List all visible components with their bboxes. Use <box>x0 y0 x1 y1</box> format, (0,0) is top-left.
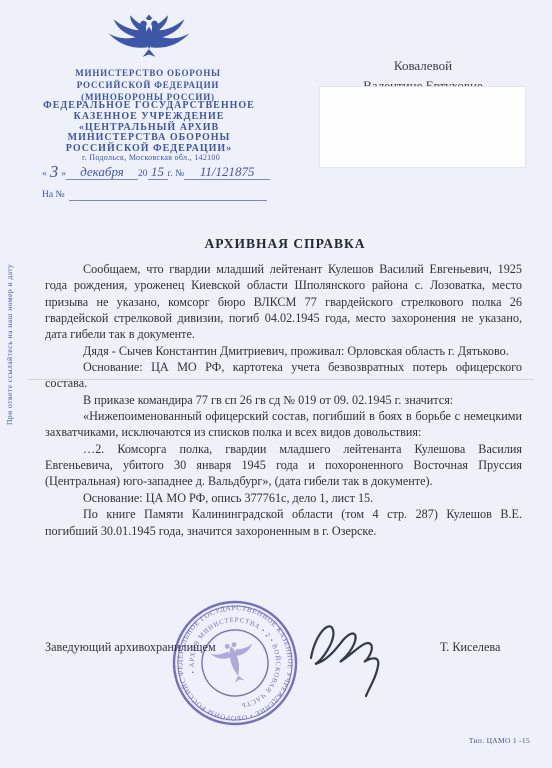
paragraph: …2. Комсорга полка, гвардии младшего лей… <box>45 441 522 490</box>
archival-certificate-scan: МИНИСТЕРСТВО ОБОРОНЫ РОССИЙСКОЙ ФЕДЕРАЦИ… <box>0 0 552 768</box>
form-code: Тип. ЦАМО 1 -15 <box>430 736 530 745</box>
handwritten-ref-number: 11/121875 <box>200 164 255 179</box>
document-body: Сообщаем, что гвардии младший лейтенант … <box>45 261 522 539</box>
century-printed: 20 <box>138 169 148 179</box>
reply-ref-blank <box>69 190 267 201</box>
round-archive-stamp: ФЕДЕРАЛЬНОЕ ГОСУДАРСТВЕННОЕ КАЗЕННОЕ УЧР… <box>154 582 316 744</box>
date-number-line: «3»декабря2015г. №11/121875 <box>42 162 298 180</box>
handwritten-day: 3 <box>47 162 62 181</box>
document-title: АРХИВНАЯ СПРАВКА <box>45 236 525 252</box>
paragraph: Основание: ЦА МО РФ, опись 377761с, дело… <box>45 490 522 506</box>
paragraph: Дядя - Сычев Константин Дмитриевич, прож… <box>45 343 522 359</box>
paragraph: «Нижепоименованный офицерский состав, по… <box>45 408 522 441</box>
side-note-vertical: При ответе ссылайтесь на наш номер и дат… <box>5 198 14 490</box>
stamp-outer-ring-text: ФЕДЕРАЛЬНОЕ ГОСУДАРСТВЕННОЕ КАЗЕННОЕ УЧР… <box>154 582 307 737</box>
ministry-line: РОССИЙСКОЙ ФЕДЕРАЦИИ <box>38 79 258 91</box>
redacted-address-box <box>320 87 525 167</box>
mod-russia-eagle-emblem <box>102 11 196 65</box>
paragraph: Основание: ЦА МО РФ, картотека учета без… <box>45 359 522 392</box>
stamp-center-eagle-icon <box>209 638 261 687</box>
svg-text:ФЕДЕРАЛЬНОЕ ГОСУДАРСТВЕННОЕ КА: ФЕДЕРАЛЬНОЕ ГОСУДАРСТВЕННОЕ КАЗЕННОЕ УЧР… <box>154 582 307 737</box>
signer-position-title: Заведующий архивохранилищем <box>45 640 216 655</box>
addressee-surname: Ковалевой <box>312 56 534 76</box>
signer-name: Т. Киселева <box>440 640 540 655</box>
paragraph: Сообщаем, что гвардии младший лейтенант … <box>45 261 522 343</box>
paragraph: В приказе командира 77 гв сп 26 гв сд № … <box>45 392 522 408</box>
ministry-name-block: МИНИСТЕРСТВО ОБОРОНЫ РОССИЙСКОЙ ФЕДЕРАЦИ… <box>38 67 258 103</box>
paper-fold-line <box>28 379 534 380</box>
ministry-line: МИНИСТЕРСТВО ОБОРОНЫ <box>38 67 258 79</box>
handwritten-signature <box>303 606 403 706</box>
institution-line: КАЗЕННОЕ УЧРЕЖДЕНИЕ <box>25 112 273 123</box>
archive-address-line: г. Подольск, Московская обл., 142100 <box>38 153 264 162</box>
reply-ref-line: На № <box>42 190 267 201</box>
handwritten-month: декабря <box>80 164 124 179</box>
institution-name-block: ФЕДЕРАЛЬНОЕ ГОСУДАРСТВЕННОЕ КАЗЕННОЕ УЧР… <box>25 101 273 155</box>
handwritten-year: 15 <box>151 164 164 179</box>
after-year-label: г. № <box>168 169 185 179</box>
reply-ref-label: На № <box>42 190 65 200</box>
paragraph: По книге Памяти Калининградской области … <box>45 506 522 539</box>
